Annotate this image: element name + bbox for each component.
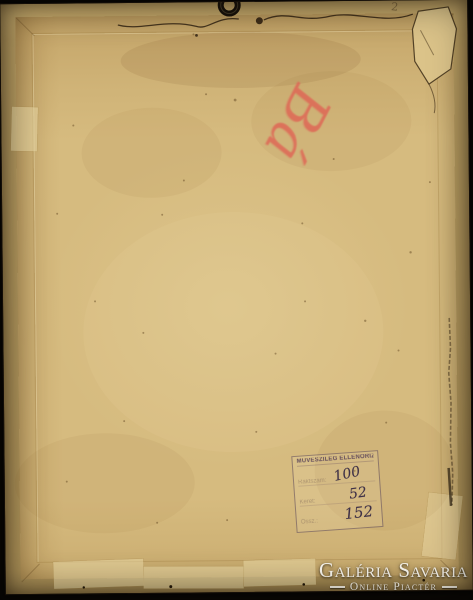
tape-remnant-bottom-3: [243, 559, 316, 587]
tape-remnant-bottom-1: [53, 559, 144, 589]
gallery-control-stamp: MŰVÉSZILEG ELLENŐRIZVE Raktszám: 100 Ker…: [291, 450, 383, 533]
stamp-row-value: 152: [344, 502, 374, 523]
photo-back-of-framed-picture: Bá 2 MŰVÉSZILEG ELLENŐRIZVE Raktszám: 10…: [0, 0, 473, 600]
inner-frame-impression: [31, 29, 442, 563]
paper-backing: [15, 13, 458, 579]
tape-remnant-bottom-right: [422, 492, 463, 559]
hanging-ring: [221, 0, 238, 14]
stamp-row: Össz.: 152: [300, 501, 378, 525]
tape-remnant-bottom-2: [144, 566, 244, 588]
pencil-mark: 2: [390, 0, 399, 14]
stamp-row-label: Össz.:: [301, 518, 329, 526]
stamp-row-value: 52: [348, 484, 368, 502]
tape-remnant-left: [11, 107, 38, 152]
frame-back-edge: Bá 2 MŰVÉSZILEG ELLENŐRIZVE Raktszám: 10…: [0, 0, 473, 595]
